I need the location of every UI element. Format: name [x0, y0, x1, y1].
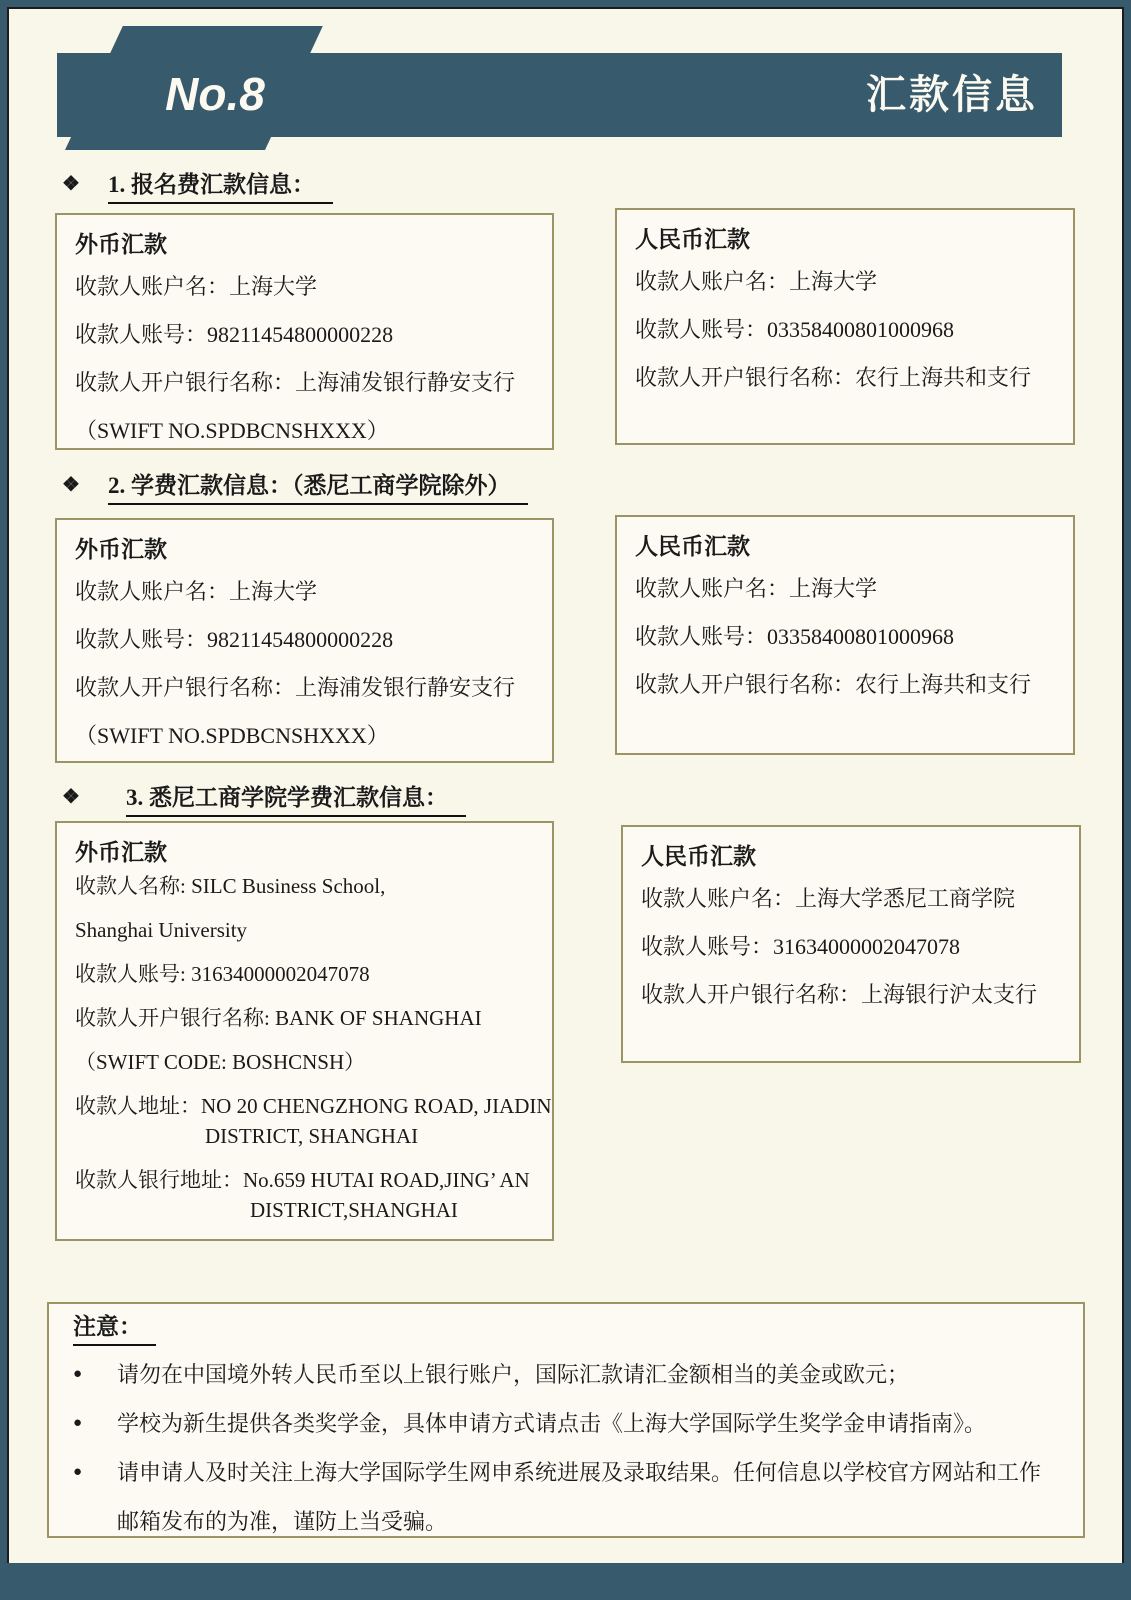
section-1-heading-text: 1. 报名费汇款信息：: [108, 166, 333, 204]
section-1-rmb-box: 人民币汇款 收款人账户名：上海大学 收款人账号：0335840080100096…: [615, 208, 1075, 445]
payee-bank-name: 收款人开户银行名称：农行上海共和支行: [635, 661, 1055, 709]
payee-bank-name: 收款人开户银行名称：上海银行沪太支行: [641, 971, 1061, 1019]
payee-account-number: 收款人账号: 31634000002047078: [75, 959, 534, 989]
payee-address: 收款人地址：NO 20 CHENGZHONG ROAD, JIADING: [75, 1091, 534, 1121]
box-title: 外币汇款: [75, 227, 534, 263]
four-diamond-icon: ❖: [62, 784, 80, 809]
notes-title: 注意：: [73, 1312, 156, 1346]
payee-bank-name: 收款人开户银行名称：农行上海共和支行: [635, 354, 1055, 402]
payee-bank-name: 收款人开户银行名称: BANK OF SHANGHAI: [75, 1003, 534, 1033]
section-1-foreign-currency-box: 外币汇款 收款人账户名：上海大学 收款人账号：98211454800000228…: [55, 213, 554, 450]
payee-account-name: 收款人账户名：上海大学: [75, 568, 534, 616]
payee-account-name: 收款人账户名：上海大学: [635, 258, 1055, 306]
page: No.8 汇款信息 ❖1. 报名费汇款信息： 外币汇款 收款人账户名：上海大学 …: [7, 7, 1124, 1563]
payee-account-name: 收款人账户名：上海大学: [635, 565, 1055, 613]
payee-name-cont: Shanghai University: [75, 915, 534, 945]
section-2-heading: ❖2. 学费汇款信息：（悉尼工商学院除外）: [62, 467, 528, 505]
payee-account-number: 收款人账号：98211454800000228: [75, 616, 534, 664]
note-item-1: ● 请勿在中国境外转人民币至以上银行账户，国际汇款请汇金额相当的美金或欧元；: [73, 1350, 1059, 1399]
note-item-2: ● 学校为新生提供各类奖学金，具体申请方式请点击《上海大学国际学生奖学金申请指南…: [73, 1399, 1059, 1448]
section-2-foreign-currency-box: 外币汇款 收款人账户名：上海大学 收款人账号：98211454800000228…: [55, 518, 554, 763]
swift-code: （SWIFT CODE: BOSHCNSH）: [75, 1047, 534, 1077]
payee-account-number: 收款人账号：31634000002047078: [641, 923, 1061, 971]
payee-account-name: 收款人账户名：上海大学悉尼工商学院: [641, 875, 1061, 923]
box-title: 外币汇款: [75, 835, 534, 871]
box-title: 人民币汇款: [635, 529, 1055, 565]
payee-account-number: 收款人账号：03358400801000968: [635, 306, 1055, 354]
swift-code: （SWIFT NO.SPDBCNSHXXX）: [75, 712, 534, 760]
bullet-icon: ●: [73, 1350, 117, 1399]
page-title: 汇款信息: [57, 53, 1062, 137]
payee-address-cont: DISTRICT, SHANGHAI: [75, 1121, 534, 1151]
four-diamond-icon: ❖: [62, 171, 80, 196]
box-title: 人民币汇款: [641, 839, 1061, 875]
payee-bank-name: 收款人开户银行名称：上海浦发银行静安支行: [75, 359, 534, 407]
section-2-heading-text: 2. 学费汇款信息：（悉尼工商学院除外）: [108, 467, 529, 505]
payee-name: 收款人名称: SILC Business School,: [75, 871, 534, 901]
swift-code: （SWIFT NO.SPDBCNSHXXX）: [75, 407, 534, 450]
section-3-heading-text: 3. 悉尼工商学院学费汇款信息：: [126, 779, 466, 817]
payee-account-number: 收款人账号：98211454800000228: [75, 311, 534, 359]
note-item-3: ● 请申请人及时关注上海大学国际学生网申系统进展及录取结果。任何信息以学校官方网…: [73, 1448, 1059, 1538]
payee-account-name: 收款人账户名：上海大学: [75, 263, 534, 311]
footer-bar: [0, 1563, 1131, 1600]
payee-bank-address-cont: DISTRICT,SHANGHAI: [75, 1195, 534, 1225]
box-title: 外币汇款: [75, 532, 534, 568]
payee-bank-name: 收款人开户银行名称：上海浦发银行静安支行: [75, 664, 534, 712]
note-text: 请申请人及时关注上海大学国际学生网申系统进展及录取结果。任何信息以学校官方网站和…: [117, 1448, 1059, 1538]
section-2-rmb-box: 人民币汇款 收款人账户名：上海大学 收款人账号：0335840080100096…: [615, 515, 1075, 755]
section-1-heading: ❖1. 报名费汇款信息：: [62, 166, 333, 204]
note-text: 请勿在中国境外转人民币至以上银行账户，国际汇款请汇金额相当的美金或欧元；: [117, 1350, 1059, 1399]
section-3-foreign-currency-box: 外币汇款 收款人名称: SILC Business School, Shangh…: [55, 821, 554, 1241]
payee-bank-address: 收款人银行地址：No.659 HUTAI ROAD,JING’ AN: [75, 1165, 534, 1195]
page-frame: No.8 汇款信息 ❖1. 报名费汇款信息： 外币汇款 收款人账户名：上海大学 …: [0, 0, 1131, 1563]
note-text: 学校为新生提供各类奖学金，具体申请方式请点击《上海大学国际学生奖学金申请指南》。: [117, 1399, 1059, 1448]
section-3-heading: ❖3. 悉尼工商学院学费汇款信息：: [62, 779, 466, 817]
bullet-icon: ●: [73, 1448, 117, 1538]
section-3-rmb-box: 人民币汇款 收款人账户名：上海大学悉尼工商学院 收款人账号：3163400000…: [621, 825, 1081, 1063]
bullet-icon: ●: [73, 1399, 117, 1448]
notes-box: 注意： ● 请勿在中国境外转人民币至以上银行账户，国际汇款请汇金额相当的美金或欧…: [47, 1302, 1085, 1538]
box-title: 人民币汇款: [635, 222, 1055, 258]
payee-account-number: 收款人账号：03358400801000968: [635, 613, 1055, 661]
four-diamond-icon: ❖: [62, 472, 80, 497]
